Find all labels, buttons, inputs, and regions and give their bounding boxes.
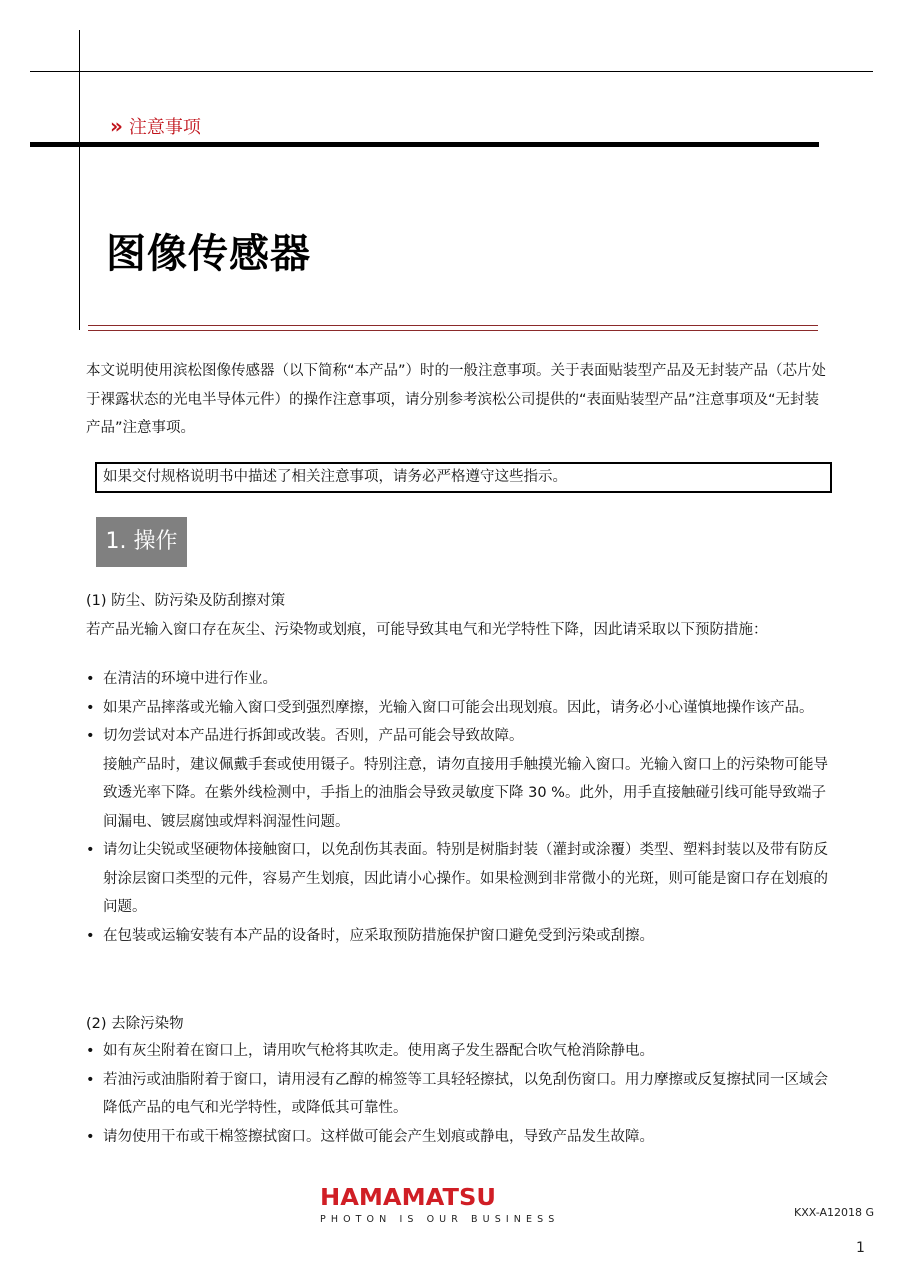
bullet-icon: • bbox=[86, 922, 95, 951]
document-id: KXX-A12018 G bbox=[794, 1206, 874, 1219]
precaution-list: •在清洁的环境中进行作业。 •如果产品摔落或光输入窗口受到强烈摩擦，光输入窗口可… bbox=[86, 665, 831, 950]
title-underline-1 bbox=[88, 325, 818, 326]
list-item: •若油污或油脂附着于窗口，请用浸有乙醇的棉签等工具轻轻擦拭，以免刮伤窗口。用力摩… bbox=[86, 1066, 831, 1123]
title-underline-2 bbox=[88, 330, 818, 331]
bullet-icon: • bbox=[86, 694, 95, 723]
hamamatsu-logo: HAMAMATSU PHOTON IS OUR BUSINESS bbox=[320, 1186, 548, 1225]
subsection-title-1: (1) 防尘、防污染及防刮擦对策 bbox=[86, 589, 285, 610]
page-title: 图像传感器 bbox=[106, 222, 311, 279]
list-item: •如果产品摔落或光输入窗口受到强烈摩擦，光输入窗口可能会出现划痕。因此，请务必小… bbox=[86, 694, 831, 723]
list-item: •请勿使用干布或干棉签擦拭窗口。这样做可能会产生划痕或静电，导致产品发生故障。 bbox=[86, 1123, 831, 1152]
top-rule bbox=[30, 71, 873, 72]
bullet-icon: • bbox=[86, 1037, 95, 1066]
brand-wordmark: HAMAMATSU bbox=[320, 1186, 559, 1210]
bullet-icon: • bbox=[86, 1123, 95, 1152]
section-tag-label: 注意事项 bbox=[129, 113, 201, 139]
subsection-title-2: (2) 去除污染物 bbox=[86, 1012, 184, 1033]
list-item: •在清洁的环境中进行作业。 bbox=[86, 665, 831, 694]
list-item: •如有灰尘附着在窗口上，请用吹气枪将其吹走。使用离子发生器配合吹气枪消除静电。 bbox=[86, 1037, 831, 1066]
list-item-continuation: 接触产品时，建议佩戴手套或使用镊子。特别注意，请勿直接用手触摸光输入窗口。光输入… bbox=[86, 751, 831, 837]
page-number: 1 bbox=[856, 1240, 865, 1256]
double-chevron-right-icon: » bbox=[110, 114, 121, 138]
list-item: •请勿让尖锐或坚硬物体接触窗口，以免刮伤其表面。特别是树脂封装（灌封或涂覆）类型… bbox=[86, 836, 831, 922]
vertical-rule bbox=[79, 30, 80, 330]
bullet-icon: • bbox=[86, 722, 95, 751]
brand-tagline: PHOTON IS OUR BUSINESS bbox=[320, 1214, 548, 1225]
subsection-lead: 若产品光输入窗口存在灰尘、污染物或划痕，可能导致其电气和光学特性下降，因此请采取… bbox=[86, 618, 846, 639]
bullet-icon: • bbox=[86, 665, 95, 694]
header-thick-rule bbox=[30, 142, 819, 147]
section-tag: » 注意事项 bbox=[110, 113, 201, 139]
intro-paragraph: 本文说明使用滨松图像传感器（以下简称“本产品”）时的一般注意事项。关于表面贴装型… bbox=[86, 357, 831, 443]
section-heading: 1. 操作 bbox=[96, 517, 187, 567]
list-item: •切勿尝试对本产品进行拆卸或改装。否则，产品可能会导致故障。 bbox=[86, 722, 831, 751]
bullet-icon: • bbox=[86, 836, 95, 865]
list-item: •在包装或运输安装有本产品的设备时，应采取预防措施保护窗口避免受到污染或刮擦。 bbox=[86, 922, 831, 951]
cleaning-list: •如有灰尘附着在窗口上，请用吹气枪将其吹走。使用离子发生器配合吹气枪消除静电。 … bbox=[86, 1037, 831, 1151]
bullet-icon: • bbox=[86, 1066, 95, 1095]
notice-box: 如果交付规格说明书中描述了相关注意事项，请务必严格遵守这些指示。 bbox=[95, 462, 832, 493]
